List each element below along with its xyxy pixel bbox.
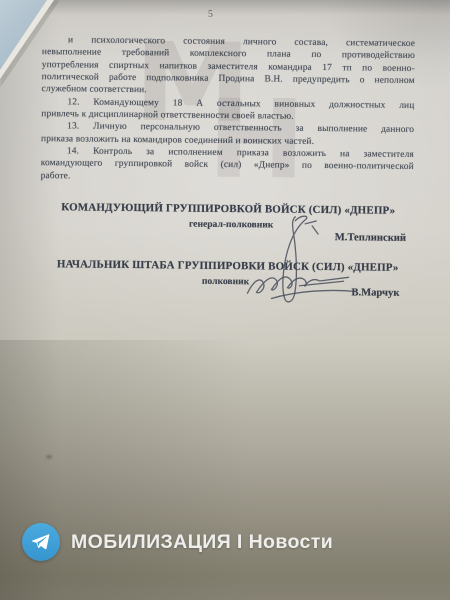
photographed-document: 5 и психологического состояния личного с… bbox=[0, 0, 450, 600]
page-number: 5 bbox=[0, 6, 435, 22]
telegram-channel-name: МОБИЛИЗАЦИЯ I Новости bbox=[71, 531, 333, 554]
commander-title: КОМАНДУЮЩИЙ ГРУППИРОВКОЙ ВОЙСК (СИЛ) «ДН… bbox=[40, 201, 416, 217]
order-item-14: 14. Контроль за исполнением приказа возл… bbox=[41, 145, 414, 186]
document-page: 5 и психологического состояния личного с… bbox=[0, 0, 450, 600]
chief-of-staff-signature bbox=[243, 262, 368, 308]
telegram-paper-plane-icon bbox=[30, 531, 52, 553]
commander-rank: генерал-полковник bbox=[43, 217, 419, 232]
telegram-icon-circle bbox=[22, 523, 60, 561]
order-body-text: и психологического состояния личного сос… bbox=[41, 34, 416, 186]
telegram-channel-watermark: МОБИЛИЗАЦИЯ I Новости bbox=[22, 523, 333, 561]
commander-name: М.Теплинский bbox=[335, 232, 406, 244]
paragraph-continuation: и психологического состояния личного сос… bbox=[42, 34, 416, 100]
